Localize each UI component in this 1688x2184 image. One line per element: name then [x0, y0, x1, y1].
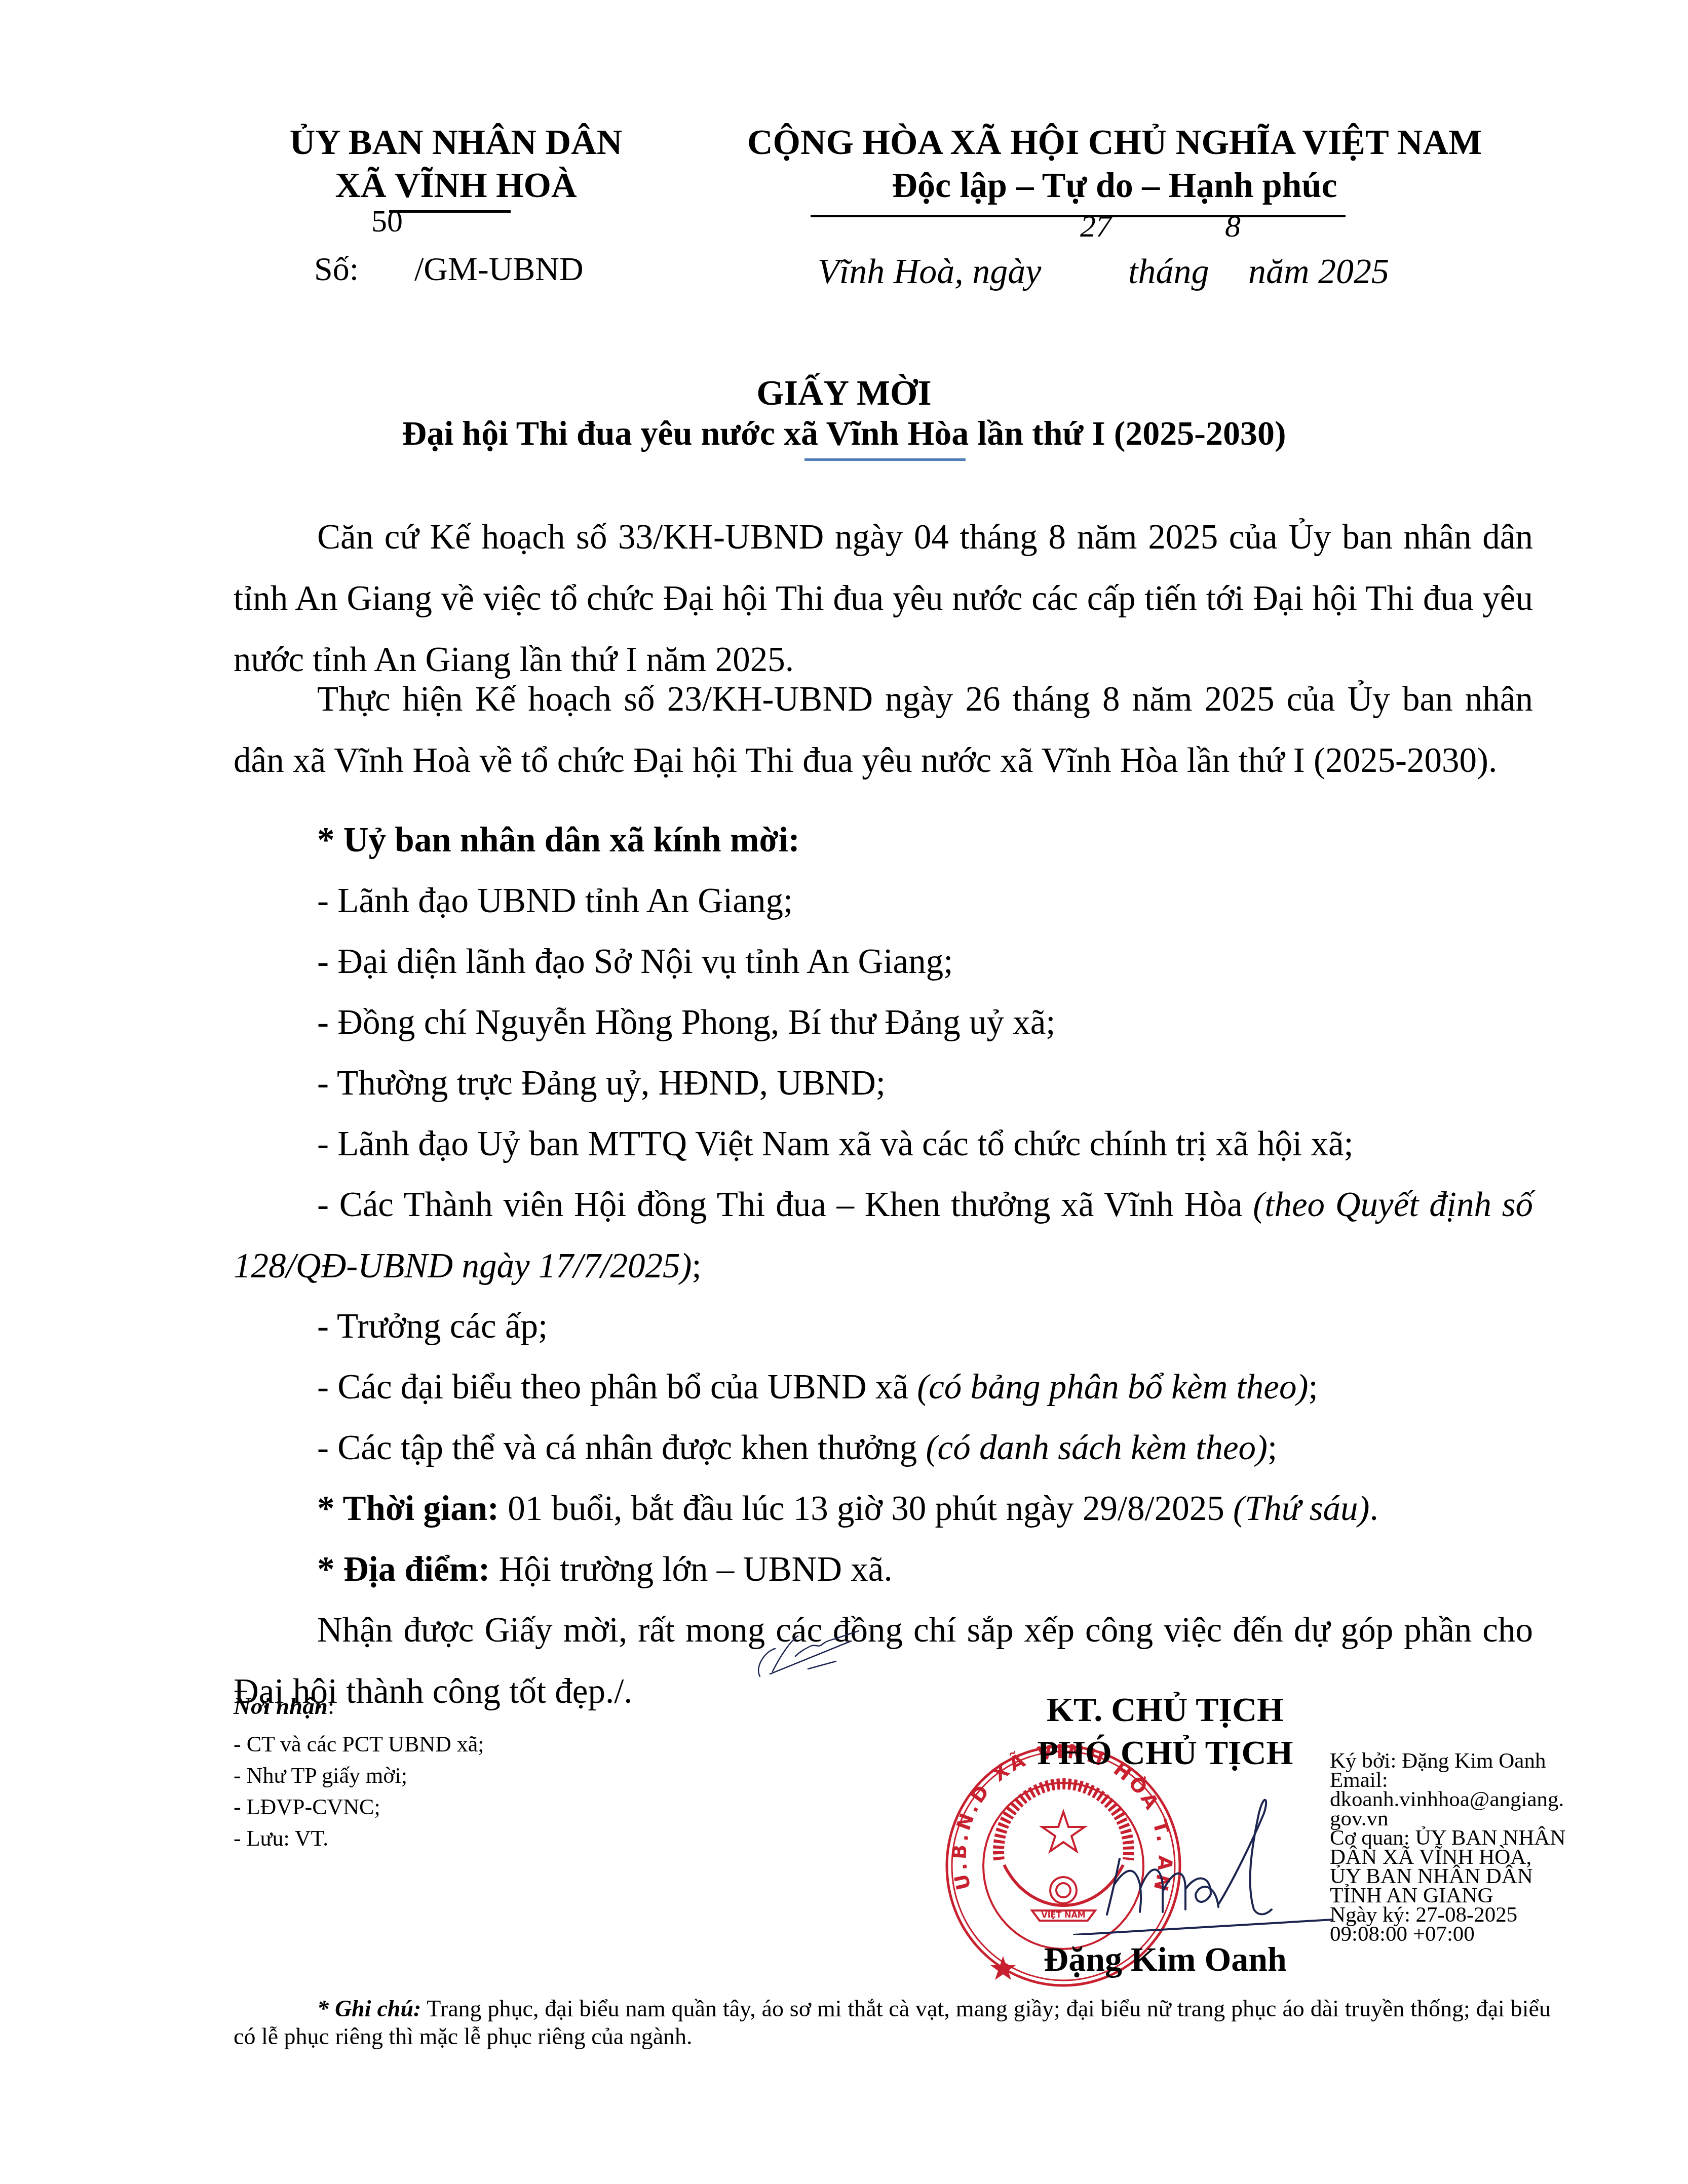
recipient-item: - LĐVP-CVNC; — [234, 1792, 380, 1822]
event-time: * Thời gian: 01 buổi, bắt đầu lúc 13 giờ… — [317, 1478, 1378, 1539]
place-date-prefix: Vĩnh Hoà, ngày — [818, 251, 1041, 293]
org-name-line1: ỦY BAN NHÂN DÂN — [284, 122, 628, 164]
invitee-item: - Trưởng các ấp; — [317, 1296, 548, 1357]
document-title: GIẤY MỜI — [0, 372, 1688, 415]
invite-heading: * Uỷ ban nhân dân xã kính mời: — [317, 809, 800, 871]
place-date-month: tháng — [1128, 251, 1209, 293]
footnote: * Ghi chú: Trang phục, đại biểu nam quần… — [234, 1995, 1551, 2050]
time-value: 01 buổi, bắt đầu lúc 13 giờ 30 phút ngày… — [499, 1489, 1233, 1528]
signer-role-line1: KT. CHỦ TỊCH — [988, 1689, 1342, 1731]
invitee-tail: ; — [692, 1246, 702, 1285]
invitee-item: - Các tập thể và cá nhân được khen thưởn… — [317, 1417, 1277, 1478]
invitee-item: - Lãnh đạo Uỷ ban MTTQ Việt Nam xã và cá… — [317, 1113, 1354, 1175]
invitee-tail: ; — [1308, 1368, 1318, 1406]
org-underline — [389, 210, 511, 213]
signer-role-line2: PHÓ CHỦ TỊCH — [988, 1732, 1342, 1774]
footnote-text: Trang phục, đại biểu nam quần tây, áo sơ… — [234, 1996, 1551, 2049]
handwritten-signature-icon — [1059, 1783, 1342, 1935]
doc-number-handwritten: 50 — [371, 203, 403, 240]
month-handwritten: 8 — [1225, 208, 1241, 245]
nation-motto: Độc lập – Tự do – Hạnh phúc — [724, 165, 1505, 207]
time-tail: . — [1370, 1489, 1378, 1528]
initial-signature-icon — [750, 1626, 861, 1687]
nation-name: CỘNG HÒA XÃ HỘI CHỦ NGHĨA VIỆT NAM — [724, 122, 1505, 164]
recipient-item: - CT và các PCT UBND xã; — [234, 1730, 484, 1759]
recipients-colon: : — [328, 1693, 334, 1720]
invitee-item: - Đồng chí Nguyễn Hồng Phong, Bí thư Đản… — [317, 992, 1056, 1053]
footnote-label: * Ghi chú: — [317, 1996, 421, 2021]
day-handwritten: 27 — [1080, 208, 1111, 245]
paragraph-basis: Căn cứ Kế hoạch số 33/KH-UBND ngày 04 th… — [234, 506, 1533, 690]
invitee-text: - Các đại biểu theo phân bổ của UBND xã — [317, 1368, 917, 1406]
org-name-line2: XÃ VĨNH HOÀ — [284, 165, 628, 207]
invitee-text: - Các Thành viên Hội đồng Thi đua – Khen… — [317, 1185, 1253, 1224]
place-value: Hội trường lớn – UBND xã. — [490, 1550, 893, 1588]
recipients-heading: Nơi nhận: — [234, 1692, 334, 1721]
invitee-item: - Các đại biểu theo phân bổ của UBND xã … — [317, 1356, 1318, 1418]
document-subtitle: Đại hội Thi đua yêu nước xã Vĩnh Hòa lần… — [0, 413, 1688, 454]
invitee-text: - Các tập thể và cá nhân được khen thưởn… — [317, 1428, 926, 1467]
invitee-item: - Lãnh đạo UBND tỉnh An Giang; — [317, 870, 793, 931]
recipient-item: - Như TP giấy mời; — [234, 1761, 407, 1790]
paragraph-implementation: Thực hiện Kế hoạch số 23/KH-UBND ngày 26… — [234, 669, 1533, 791]
sign-date-line2: 09:08:00 +07:00 — [1330, 1925, 1614, 1944]
recipient-item: - Lưu: VT. — [234, 1824, 328, 1853]
doc-number-suffix: /GM-UBND — [414, 249, 584, 289]
time-label: * Thời gian: — [317, 1489, 499, 1528]
invitee-tail: ; — [1268, 1428, 1277, 1467]
invitee-note: (có bảng phân bổ kèm theo) — [917, 1368, 1308, 1406]
title-underline — [804, 458, 966, 461]
invitee-item: - Đại diện lãnh đạo Sở Nội vụ tỉnh An Gi… — [317, 931, 953, 992]
digital-signature-info: Ký bởi: Đặng Kim Oanh Email: dkoanh.vinh… — [1330, 1751, 1614, 1944]
place-date-year: năm 2025 — [1248, 251, 1389, 293]
recipients-heading-text: Nơi nhận — [234, 1693, 328, 1720]
motto-underline — [811, 215, 1346, 217]
invitee-note: (có danh sách kèm theo) — [926, 1428, 1268, 1467]
event-location: * Địa điểm: Hội trường lớn – UBND xã. — [317, 1539, 893, 1600]
invitee-item: - Các Thành viên Hội đồng Thi đua – Khen… — [234, 1174, 1533, 1297]
invitee-item: - Thường trực Đảng uỷ, HĐND, UBND; — [317, 1052, 886, 1114]
time-weekday: (Thứ sáu) — [1233, 1489, 1370, 1528]
signer-name: Đặng Kim Oanh — [988, 1939, 1342, 1980]
doc-number-label: Số: — [314, 249, 359, 289]
place-label: * Địa điểm: — [317, 1550, 490, 1588]
